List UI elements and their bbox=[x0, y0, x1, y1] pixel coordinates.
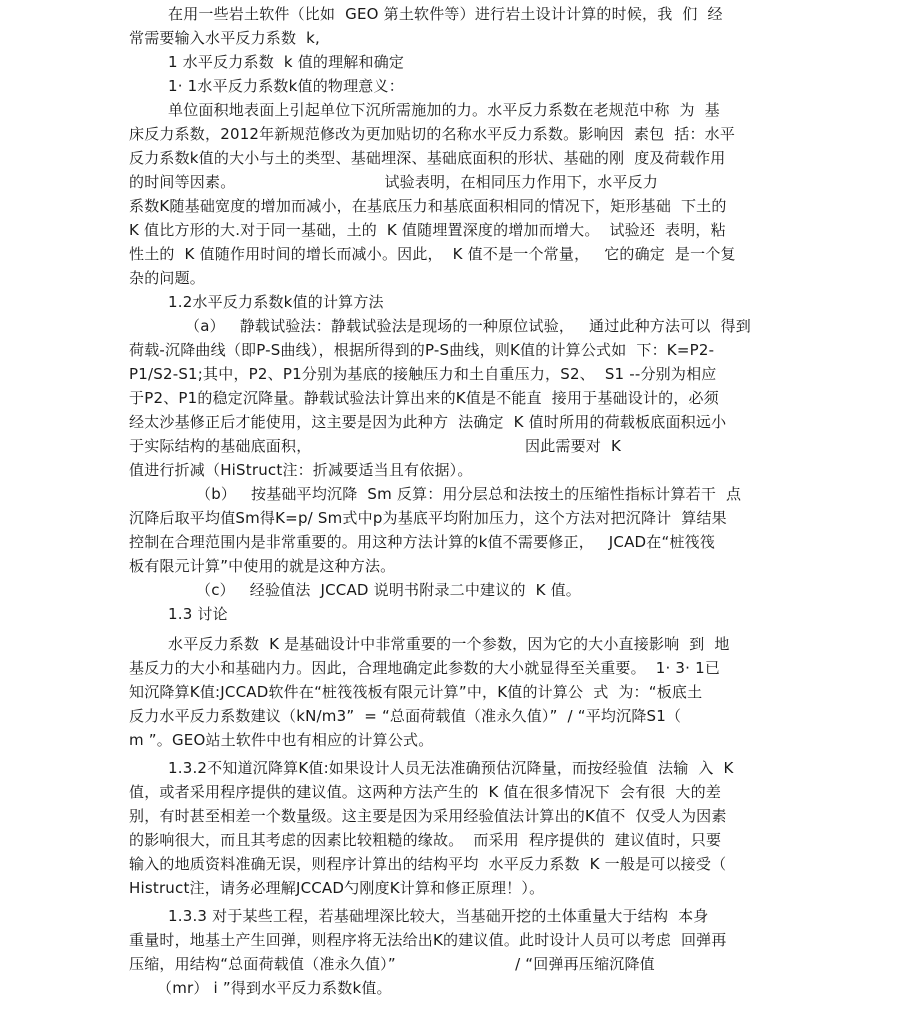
text-line: 重量时，地基土产生回弹，则程序将无法给出K的建议值。此时设计人员可以考虑 回弹再 bbox=[129, 930, 727, 950]
text-line: 系数K随基础宽度的增加而减小，在基底压力和基底面积相同的情况下，矩形基础 下土的 bbox=[129, 196, 727, 216]
text-line: 于实际结构的基础底面积， 因此需要对 K bbox=[129, 436, 621, 456]
text-line: 别，有时甚至相差一个数量级。这主要是因为采用经验值法计算出的K值不 仅受人为因素 bbox=[129, 806, 727, 826]
text-line: 1· 1水平反力系数k值的物理意义： bbox=[168, 76, 404, 96]
text-line: （b） 按基础平均沉降 Sm 反算：用分层总和法按土的压缩性指标计算若干 点 bbox=[196, 484, 741, 504]
text-line: 值，或者采用程序提供的建议值。这两种方法产生的 K 值在很多情况下 会有很 大的… bbox=[129, 782, 721, 802]
text-line: （c） 经验值法 JCCAD 说明书附录二中建议的 K 值。 bbox=[196, 580, 581, 600]
text-line: （a） 静载试验法：静载试验法是现场的一种原位试验， 通过此种方法可以 得到 bbox=[185, 316, 751, 336]
text-line: 值进行折减（HiStruct注：折减要适当且有依据）。 bbox=[129, 460, 473, 480]
text-line: 经太沙基修正后才能使用，这主要是因为此种方 法确定 K 值时所用的荷载板底面积远… bbox=[129, 412, 726, 432]
text-line: 压缩，用结构“总面荷载值（准永久值）” / “回弹再压缩沉降值 bbox=[129, 954, 655, 974]
text-line: 输入的地质资料准确无误，则程序计算出的结构平均 水平反力系数 K 一般是可以接受… bbox=[129, 854, 726, 874]
text-line: 的时间等因素。 试验表明，在相同压力作用下，水平反力 bbox=[129, 172, 658, 192]
text-line: 水平反力系数 K 是基础设计中非常重要的一个参数，因为它的大小直接影响 到 地 bbox=[168, 634, 730, 654]
text-line: 沉降后取平均值Sm得K=p/ Sm式中p为基底平均附加压力，这个方法对把沉降计 … bbox=[129, 508, 727, 528]
text-line: 常需要输入水平反力系数 k, bbox=[129, 28, 320, 48]
text-line: Histruct注，请务必理解JCCAD勺刚度K计算和修正原理！）。 bbox=[129, 878, 544, 898]
text-line: 反力系数k值的大小与土的类型、基础埋深、基础底面积的形状、基础的刚 度及荷载作用 bbox=[129, 148, 725, 168]
text-line: （mr） i ”得到水平反力系数k值。 bbox=[157, 978, 392, 998]
text-line: 知沉降算K值:JCCAD软件在“桩筏筏板有限元计算”中，K值的计算公 式 为：“… bbox=[129, 682, 702, 702]
text-line: 在用一些岩土软件（比如 GEO 第土软件等）进行岩土设计计算的时候，我 们 经 bbox=[168, 4, 723, 24]
text-line: 基反力的大小和基础内力。因此，合理地确定此参数的大小就显得至关重要。 1· 3·… bbox=[129, 658, 720, 678]
text-line: 1 水平反力系数 k 值的理解和确定 bbox=[168, 52, 404, 72]
text-line: 1.3.2不知道沉降算K值:如果设计人员无法准确预估沉降量，而按经验值 法输 入… bbox=[168, 758, 734, 778]
text-line: 单位面积地表面上引起单位下沉所需施加的力。水平反力系数在老规范中称 为 基 bbox=[168, 100, 720, 120]
text-line: 1.3.3 对于某些工程，若基础埋深比较大，当基础开挖的土体重量大于结构 本身 bbox=[168, 906, 708, 926]
text-line: 1.3 讨论 bbox=[168, 604, 228, 624]
text-line: P1/S2-S1;其中，P2、P1分别为基底的接触压力和土自重压力，S2、 S1… bbox=[129, 364, 716, 384]
text-line: 性土的 K 值随作用时间的增长而减小。因此， K 值不是一个常量， 它的确定 是… bbox=[129, 244, 736, 264]
text-line: 杂的问题。 bbox=[129, 268, 205, 288]
text-line: 1.2水平反力系数k值的计算方法 bbox=[168, 292, 384, 312]
text-line: 床反力系数，2012年新规范修改为更加贴切的名称水平反力系数。影响因 素包 括：… bbox=[129, 124, 735, 144]
text-line: 反力水平反力系数建议（kN/m3” = “总面荷载值（准永久值）” / “平均沉… bbox=[129, 706, 681, 726]
text-line: K 值比方形的大.对于同一基础，土的 K 值随埋置深度的增加而增大。 试验还 表… bbox=[129, 220, 726, 240]
text-line: 的影响很大，而且其考虑的因素比较粗糙的缘故。 而采用 程序提供的 建议值时，只要 bbox=[129, 830, 721, 850]
text-line: 荷载-沉降曲线（即P-S曲线），根据所得到的P-S曲线，则K值的计算公式如 下：… bbox=[129, 340, 714, 360]
text-line: m ”。GEO站土软件中也有相应的计算公式。 bbox=[129, 730, 433, 750]
text-line: 于P2、P1的稳定沉降量。静载试验法计算出来的K值是不能直 接用于基础设计的，必… bbox=[129, 388, 719, 408]
text-line: 板有限元计算”中使用的就是这种方法。 bbox=[129, 556, 395, 576]
text-line: 控制在合理范围内是非常重要的。用这种方法计算的k值不需要修正， JCAD在“桩筏… bbox=[129, 532, 715, 552]
